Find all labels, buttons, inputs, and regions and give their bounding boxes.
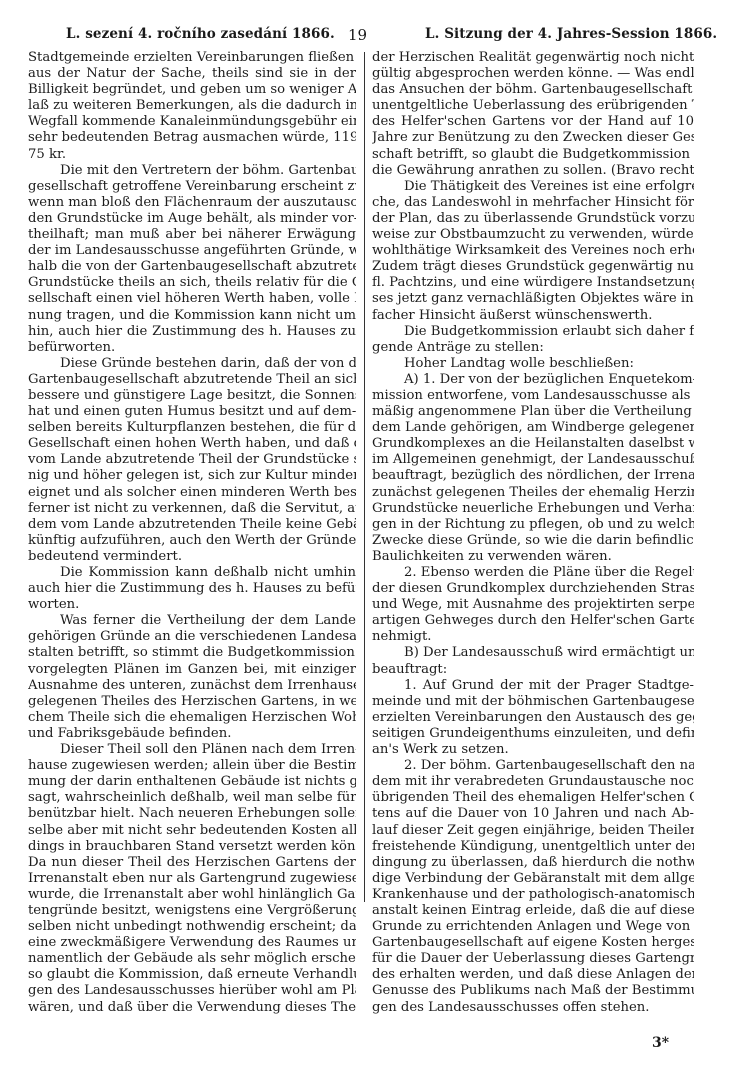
text-line: auch hier die Zustimmung des h. Hauses z…: [28, 581, 356, 597]
text-line: dige Verbindung der Gebäranstalt mit dem…: [372, 871, 694, 887]
text-line: gende Anträge zu stellen:: [372, 340, 694, 356]
text-line: Billigkeit begründet, und geben um so we…: [28, 82, 356, 98]
text-line: der Herzischen Realität gegenwärtig noch…: [372, 50, 694, 66]
text-line: beauftragt:: [372, 662, 694, 678]
text-line: schaft betrifft, so glaubt die Budgetkom…: [372, 147, 694, 163]
text-line: 2. Der böhm. Gartenbaugesellschaft den n…: [372, 758, 694, 774]
text-line: dings in brauchbaren Stand versetzt werd…: [28, 839, 356, 855]
text-line: selben bereits Kulturpflanzen bestehen, …: [28, 420, 356, 436]
text-line: Grundstücke theils an sich, theils relat…: [28, 275, 356, 291]
text-line: eignet und als solcher einen minderen We…: [28, 485, 356, 501]
text-line: vorgelegten Plänen im Ganzen bei, mit ei…: [28, 662, 356, 678]
text-line: der diesen Grundkomplex durchziehenden S…: [372, 581, 694, 597]
text-line: Zudem trägt dieses Grundstück gegenwärti…: [372, 259, 694, 275]
text-line: Gartenbaugesellschaft auf eigene Kosten …: [372, 935, 694, 951]
text-line: artigen Gehweges durch den Helfer'schen …: [372, 613, 694, 629]
text-line: aus der Natur der Sache, theils sind sie…: [28, 66, 356, 82]
text-line: Baulichkeiten zu verwenden wären.: [372, 549, 694, 565]
text-line: mission entworfene, vom Landesausschusse…: [372, 388, 694, 404]
text-line: übrigenden Theil des ehemaligen Helfer's…: [372, 790, 694, 806]
text-line: ferner ist nicht zu verkennen, daß die S…: [28, 501, 356, 517]
text-line: facher Hinsicht äußerst wünschenswerth.: [372, 308, 694, 324]
text-line: Die Budgetkommission erlaubt sich daher …: [372, 324, 694, 340]
text-line: künftig aufzuführen, auch den Werth der …: [28, 533, 356, 549]
text-line: namentlich der Gebäude als sehr möglich …: [28, 951, 356, 967]
text-line: des Helfer'schen Gartens vor der Hand au…: [372, 114, 694, 130]
text-line: che, das Landeswohl in mehrfacher Hinsic…: [372, 195, 694, 211]
text-line: gehörigen Gründe an die verschiedenen La…: [28, 629, 356, 645]
page-number: 19: [348, 26, 367, 44]
text-line: so glaubt die Kommission, daß erneute Ve…: [28, 967, 356, 983]
text-line: A) 1. Der von der bezüglichen Enquetekom…: [372, 372, 694, 388]
text-line: Genusse des Publikums nach Maß der Besti…: [372, 983, 694, 999]
header-german: L. Sitzung der 4. Jahres-Session 1866.: [425, 26, 717, 42]
text-line: dem mit ihr verabredeten Grundaustausche…: [372, 774, 694, 790]
running-header: L. sezení 4. ročního zasedání 1866. 19 L…: [0, 26, 750, 46]
text-line: die Gewährung anrathen zu sollen. (Bravo…: [372, 163, 694, 179]
text-line: vom Lande abzutretende Theil der Grundst…: [28, 452, 356, 468]
text-line: ses jetzt ganz vernachläßigten Objektes …: [372, 291, 694, 307]
text-line: tens auf die Dauer von 10 Jahren und nac…: [372, 806, 694, 822]
text-line: befürworten.: [28, 340, 356, 356]
text-line: nehmigt.: [372, 629, 694, 645]
text-line: gen des Landesausschusses offen stehen.: [372, 1000, 694, 1016]
text-line: halb die von der Gartenbaugesellschaft a…: [28, 259, 356, 275]
text-line: gesellschaft getroffene Vereinbarung ers…: [28, 179, 356, 195]
text-line: sellschaft einen viel höheren Werth habe…: [28, 291, 356, 307]
text-line: gültig abgesprochen werden könne. — Was …: [372, 66, 694, 82]
text-line: fl. Pachtzins, und eine würdigere Instan…: [372, 275, 694, 291]
text-line: B) Der Landesausschuß wird ermächtigt un…: [372, 645, 694, 661]
text-line: gen des Landesausschusses hierüber wohl …: [28, 983, 356, 999]
text-line: wären, und daß über die Verwendung diese…: [28, 1000, 356, 1016]
text-line: zunächst gelegenen Theiles der ehemalig …: [372, 485, 694, 501]
text-line: Gesellschaft einen hohen Werth haben, un…: [28, 436, 356, 452]
text-line: und Wege, mit Ausnahme des projektirten …: [372, 597, 694, 613]
text-line: Jahre zur Benützung zu den Zwecken diese…: [372, 130, 694, 146]
text-line: nig und höher gelegen ist, sich zur Kult…: [28, 468, 356, 484]
text-line: bessere und günstigere Lage besitzt, die…: [28, 388, 356, 404]
text-line: sagt, wahrscheinlich deßhalb, weil man s…: [28, 790, 356, 806]
text-line: sehr bedeutenden Betrag ausmachen würde,…: [28, 130, 356, 146]
text-line: der im Landesausschusse angeführten Grün…: [28, 243, 356, 259]
printer-signature: 3*: [652, 1035, 669, 1051]
text-line: im Allgemeinen genehmigt, der Landesauss…: [372, 452, 694, 468]
text-line: stalten betrifft, so stimmt die Budgetko…: [28, 645, 356, 661]
text-line: Gartenbaugesellschaft abzutretende Theil…: [28, 372, 356, 388]
text-line: für die Dauer der Ueberlassung dieses Ga…: [372, 951, 694, 967]
text-line: mung der darin enthaltenen Gebäude ist n…: [28, 774, 356, 790]
text-line: Die Thätigkeit des Vereines ist eine erf…: [372, 179, 694, 195]
text-line: lauf dieser Zeit gegen einjährige, beide…: [372, 823, 694, 839]
text-line: beauftragt, bezüglich des nördlichen, de…: [372, 468, 694, 484]
text-line: erzielten Vereinbarungen den Austausch d…: [372, 710, 694, 726]
text-line: nung tragen, und die Kommission kann nic…: [28, 308, 356, 324]
text-line: Diese Gründe bestehen darin, daß der von…: [28, 356, 356, 372]
text-line: Wegfall kommende Kanaleinmündungsgebühr …: [28, 114, 356, 130]
text-line: 75 kr.: [28, 147, 356, 163]
text-line: benützbar hielt. Nach neueren Erhebungen…: [28, 806, 356, 822]
text-line: wohlthätige Wirksamkeit des Vereines noc…: [372, 243, 694, 259]
text-line: selben nicht unbedingt nothwendig ersche…: [28, 919, 356, 935]
text-line: chem Theile sich die ehemaligen Herzisch…: [28, 710, 356, 726]
text-line: dingung zu überlassen, daß hierdurch die…: [372, 855, 694, 871]
text-line: weise zur Obstbaumzucht zu verwenden, wü…: [372, 227, 694, 243]
text-line: hin, auch hier die Zustimmung des h. Hau…: [28, 324, 356, 340]
text-line: freistehende Kündigung, unentgeltlich un…: [372, 839, 694, 855]
text-line: des erhalten werden, und daß diese Anlag…: [372, 967, 694, 983]
text-line: Irrenanstalt eben nur als Gartengrund zu…: [28, 871, 356, 887]
text-line: dem Lande gehörigen, am Windberge gelege…: [372, 420, 694, 436]
text-line: Grunde zu errichtenden Anlagen und Wege …: [372, 919, 694, 935]
right-column: der Herzischen Realität gegenwärtig noch…: [372, 50, 694, 1016]
text-line: Stadtgemeinde erzielten Vereinbarungen f…: [28, 50, 356, 66]
text-line: selbe aber mit nicht sehr bedeutenden Ko…: [28, 823, 356, 839]
text-line: Zwecke diese Gründe, so wie die darin be…: [372, 533, 694, 549]
text-line: unentgeltliche Ueberlassung des erübrige…: [372, 98, 694, 114]
text-line: wenn man bloß den Flächenraum der auszut…: [28, 195, 356, 211]
text-line: wurde, die Irrenanstalt aber wohl hinlän…: [28, 887, 356, 903]
text-line: Was ferner die Vertheilung der dem Lande: [28, 613, 356, 629]
text-line: 1. Auf Grund der mit der Prager Stadtge-: [372, 678, 694, 694]
text-line: Da nun dieser Theil des Herzischen Garte…: [28, 855, 356, 871]
text-line: theilhaft; man muß aber bei näherer Erwä…: [28, 227, 356, 243]
text-line: an's Werk zu setzen.: [372, 742, 694, 758]
text-line: Die mit den Vertretern der böhm. Gartenb…: [28, 163, 356, 179]
text-line: eine zweckmäßigere Verwendung des Raumes…: [28, 935, 356, 951]
text-line: Ausnahme des unteren, zunächst dem Irren…: [28, 678, 356, 694]
text-line: bedeutend vermindert.: [28, 549, 356, 565]
text-line: das Ansuchen der böhm. Gartenbaugesellsc…: [372, 82, 694, 98]
text-line: anstalt keinen Eintrag erleide, daß die …: [372, 903, 694, 919]
text-line: gelegenen Theiles des Herzischen Gartens…: [28, 694, 356, 710]
text-line: hause zugewiesen werden; allein über die…: [28, 758, 356, 774]
text-line: mäßig angenommene Plan über die Vertheil…: [372, 404, 694, 420]
text-line: 2. Ebenso werden die Pläne über die Rege…: [372, 565, 694, 581]
text-line: Die Kommission kann deßhalb nicht umhin: [28, 565, 356, 581]
text-line: Krankenhause und der pathologisch-anatom…: [372, 887, 694, 903]
text-line: laß zu weiteren Bemerkungen, als die dad…: [28, 98, 356, 114]
text-line: Grundstücke neuerliche Erhebungen und Ve…: [372, 501, 694, 517]
text-line: dem vom Lande abzutretenden Theile keine…: [28, 517, 356, 533]
text-line: Hoher Landtag wolle beschließen:: [372, 356, 694, 372]
text-line: worten.: [28, 597, 356, 613]
column-divider: [364, 52, 365, 902]
text-line: gen in der Richtung zu pflegen, ob und z…: [372, 517, 694, 533]
text-line: den Grundstücke im Auge behält, als mind…: [28, 211, 356, 227]
text-line: Grundkomplexes an die Heilanstalten dase…: [372, 436, 694, 452]
left-column: Stadtgemeinde erzielten Vereinbarungen f…: [28, 50, 356, 1016]
text-line: Dieser Theil soll den Plänen nach dem Ir…: [28, 742, 356, 758]
text-line: seitigen Grundeigenthums einzuleiten, un…: [372, 726, 694, 742]
text-line: der Plan, das zu überlassende Grundstück…: [372, 211, 694, 227]
header-czech: L. sezení 4. ročního zasedání 1866.: [66, 26, 335, 42]
text-line: und Fabriksgebäude befinden.: [28, 726, 356, 742]
text-line: meinde und mit der böhmischen Gartenbaug…: [372, 694, 694, 710]
text-line: tengründe besitzt, wenigstens eine Vergr…: [28, 903, 356, 919]
text-line: hat und einen guten Humus besitzt und au…: [28, 404, 356, 420]
